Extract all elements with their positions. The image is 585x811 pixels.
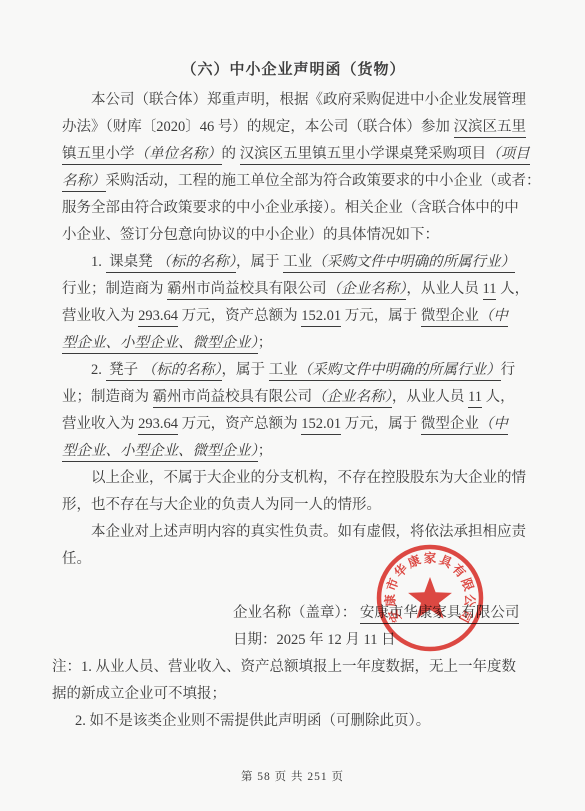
doc-line: 任。 [62,546,525,573]
text-run: ，属于 [222,362,269,378]
doc-line: 本公司（联合体）郑重声明，根据《政府采购促进中小企业发展管理 [62,87,525,114]
doc-line: 日期：2025 年 12 月 11 日 [62,627,525,654]
text-run: 人， [496,281,529,297]
text-run: 服务全部由符合政策要求的中小企业承接）。相关企业（含联合体中的中 [62,200,519,216]
text-run: （标的名称） [156,254,236,273]
text-run: （标的名称） [142,362,222,381]
text-run: 人， [482,389,515,405]
doc-line: 注：1. 从业人员、营业收入、资产总额填报上一年度数据，无上一年度数 [52,654,525,681]
text-run: （中 [479,416,508,435]
text-run: 11 [483,281,497,300]
doc-line: 营业收入为 293.64 万元，资产总额为 152.01 万元，属于 微型企业（… [62,411,525,438]
text-run: 安康市华康家具有限公司 [360,605,520,624]
text-run: 万元，属于 [341,308,421,324]
text-run: 本公司（联合体）郑重声明，根据《政府采购促进中小企业发展管理 [91,92,526,108]
doc-line: 2. 如不是该类企业则不需提供此声明函（可删除此页）。 [62,708,525,735]
doc-line: 行业；制造商为 霸州市尚益校具有限公司（企业名称），从业人员 11 人， [62,276,525,303]
text-run: 293.64 [138,416,178,435]
text-run: 工业 [283,254,312,273]
page-footer: 第 58 页 共 251 页 [0,769,585,785]
text-run: 镇五里小学 [62,146,135,165]
doc-line: 业；制造商为 霸州市尚益校具有限公司（企业名称），从业人员 11 人， [62,384,525,411]
text-run: （项目 [486,146,530,165]
page-title: （六）中小企业声明函（货物） [62,59,525,81]
text-run: 11 [468,389,482,408]
text-run: 企业名称（盖章）： [233,605,360,621]
doc-line: 以上企业，不属于大企业的分支机构，不存在控股股东为大企业的情 [62,465,525,492]
text-run: （单位名称） [135,146,222,165]
text-run: ； [258,443,273,459]
document-page: （六）中小企业声明函（货物） 本公司（联合体）郑重声明，根据《政府采购促进中小企… [0,0,585,811]
text-run: 据的新成立企业可不填报； [52,686,226,702]
text-run: 微型企业 [421,308,479,327]
text-run: 工业 [269,362,298,381]
text-run: 采购活动，工程的施工单位全部为符合政策要求的中小企业（或者： [106,173,541,189]
text-run: 任。 [62,551,91,567]
text-run: 营业收入为 [62,416,138,432]
text-run: 的 [222,146,240,162]
doc-line: 型企业、小型企业、微型企业）； [62,438,525,465]
text-run: 汉滨区五里镇五里小学课桌凳采购项目 [240,146,487,165]
text-run: 形，也不存在与大企业的负责人为同一人的情形。 [62,497,381,513]
text-run: ，属于 [236,254,283,270]
text-run: 微型企业 [421,416,479,435]
text-run: 1. [91,254,106,270]
text-run: 凳子 [106,362,142,381]
text-run: 营业收入为 [62,308,138,324]
text-run: 型企业、小型企业、微型企业） [62,443,258,462]
text-run: 霸州市尚益校具有限公司 [153,389,313,408]
doc-line: 企业名称（盖章）： 安康市华康家具有限公司 [62,600,525,627]
text-run: 日期：2025 年 12 月 11 日 [233,632,396,648]
text-run: （采购文件中明确的所属行业） [312,254,515,273]
text-run: 小企业、签订分包意向协议的中小企业）的具体情况如下： [62,227,439,243]
doc-line: 1. 课桌凳 （标的名称），属于 工业（采购文件中明确的所属行业） [62,249,525,276]
text-run: （企业名称） [327,281,407,300]
doc-line: 型企业、小型企业、微型企业）； [62,330,525,357]
doc-line: 办法》（财库〔2020〕46 号）的规定，本公司（联合体）参加 汉滨区五里 [62,114,525,141]
text-run: 152.01 [301,308,341,327]
text-run: 行 [501,362,516,378]
text-run: ； [258,335,273,351]
text-run: 行业；制造商为 [62,281,167,297]
text-run: 万元，资产总额为 [178,416,301,432]
text-run: 以上企业，不属于大企业的分支机构，不存在控股股东为大企业的情 [91,470,526,486]
text-run: （采购文件中明确的所属行业） [298,362,501,381]
text-run: 型企业、小型企业、微型企业） [62,335,258,354]
text-run: 万元，属于 [341,416,421,432]
doc-line: 形，也不存在与大企业的负责人为同一人的情形。 [62,492,525,519]
doc-line: 名称）采购活动，工程的施工单位全部为符合政策要求的中小企业（或者： [62,168,525,195]
doc-line: 服务全部由符合政策要求的中小企业承接）。相关企业（含联合体中的中 [62,195,525,222]
text-run: 2. 如不是该类企业则不需提供此声明函（可删除此页）。 [75,713,430,729]
doc-line [62,573,525,600]
text-run: 业；制造商为 [62,389,153,405]
text-run: 2. [91,362,106,378]
text-run: 名称） [62,173,106,192]
text-run: 汉滨区五里 [454,119,527,138]
text-run: 课桌凳 [106,254,157,273]
text-run: （企业名称） [312,389,392,408]
doc-line: 据的新成立企业可不填报； [52,681,525,708]
text-run: 万元，资产总额为 [178,308,301,324]
doc-line: 本企业对上述声明内容的真实性负责。如有虚假，将依法承担相应责 [62,519,525,546]
text-run: ，从业人员 [392,389,468,405]
text-run: 152.01 [301,416,341,435]
text-run: ，从业人员 [406,281,482,297]
text-run: 293.64 [138,308,178,327]
text-run: 本企业对上述声明内容的真实性负责。如有虚假，将依法承担相应责 [91,524,526,540]
document-body: 本公司（联合体）郑重声明，根据《政府采购促进中小企业发展管理办法》（财库〔202… [62,87,525,735]
doc-line: 镇五里小学（单位名称）的 汉滨区五里镇五里小学课桌凳采购项目（项目 [62,141,525,168]
text-run: （中 [479,308,508,327]
doc-line: 2. 凳子 （标的名称），属于 工业（采购文件中明确的所属行业）行 [62,357,525,384]
doc-line: 小企业、签订分包意向协议的中小企业）的具体情况如下： [62,222,525,249]
text-run: 办法》（财库〔2020〕46 号）的规定，本公司（联合体）参加 [62,119,454,135]
text-run: 注：1. 从业人员、营业收入、资产总额填报上一年度数据，无上一年度数 [52,659,516,675]
text-run: 霸州市尚益校具有限公司 [167,281,327,300]
doc-line: 营业收入为 293.64 万元，资产总额为 152.01 万元，属于 微型企业（… [62,303,525,330]
